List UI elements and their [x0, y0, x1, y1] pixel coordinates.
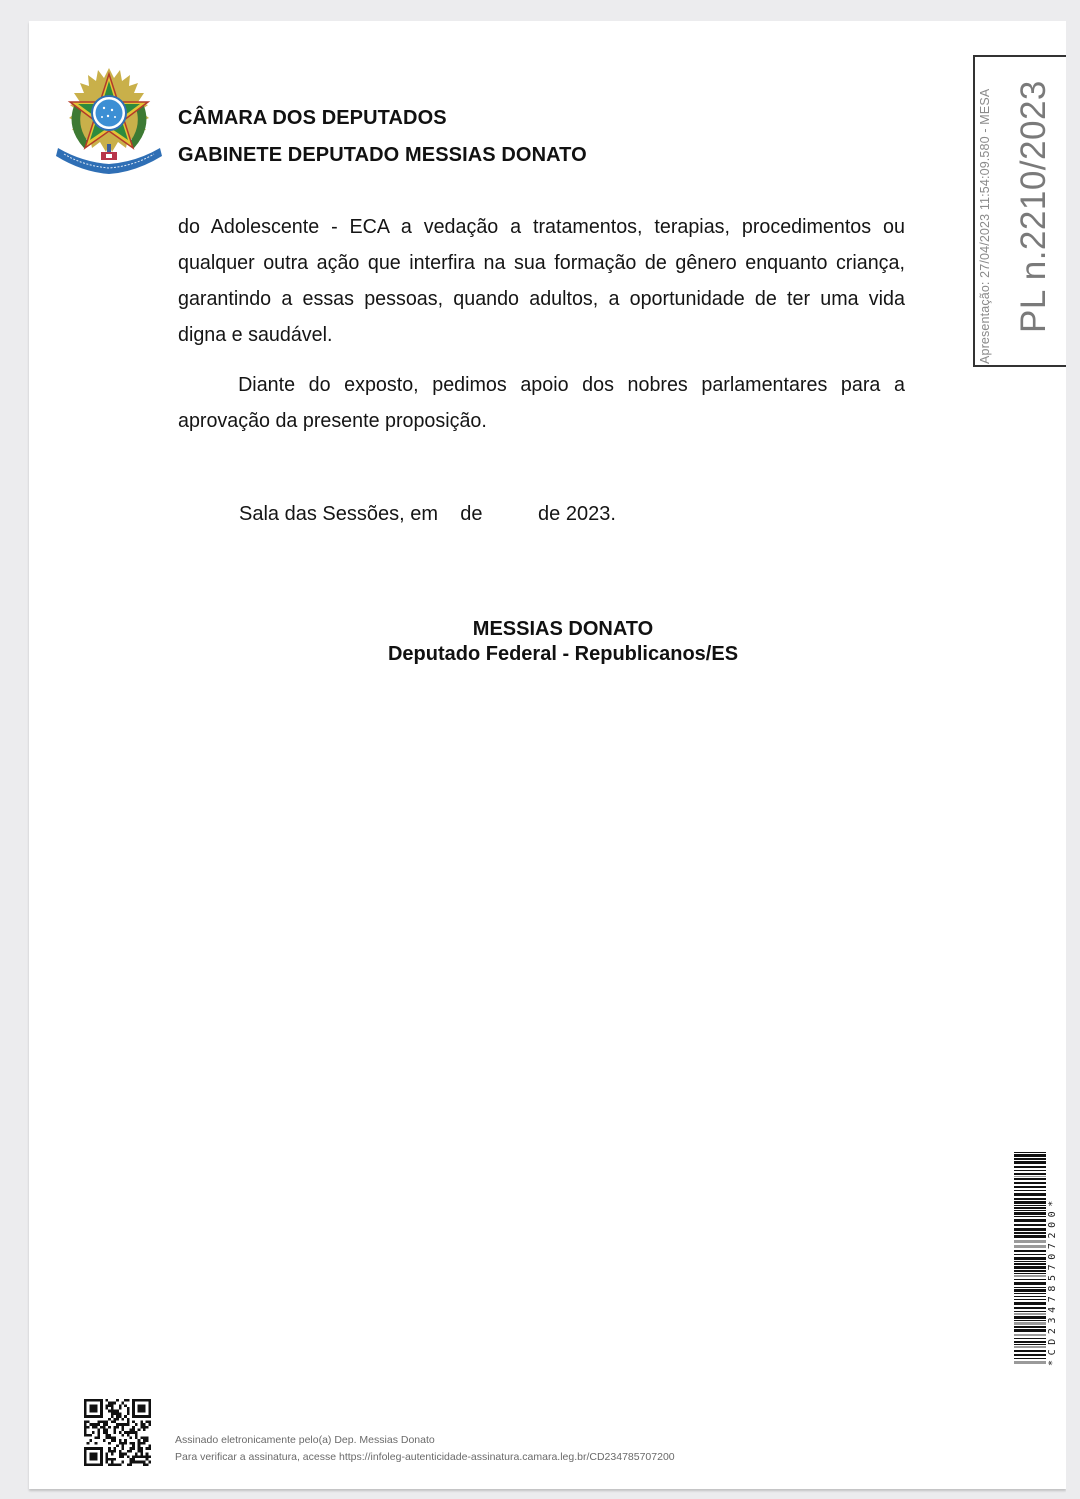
verification-link[interactable]: Para verificar a assinatura, acesse http… — [175, 1451, 675, 1463]
paragraph-line: qualquer outra ação que interfira na sua… — [178, 245, 905, 281]
bill-number: PL n.2210/2023 — [1014, 80, 1054, 333]
paragraph-line: digna e saudável. — [178, 317, 905, 353]
brazil-coat-of-arms-icon — [54, 66, 164, 178]
signed-by-note: Assinado eletronicamente pelo(a) Dep. Me… — [175, 1434, 435, 1446]
viewer-scroll-gutter — [1066, 0, 1080, 1499]
barcode-text: *CD234785707200* — [1047, 1196, 1058, 1366]
paragraph-line: do Adolescente - ECA a vedação a tratame… — [178, 209, 905, 245]
paragraph-line: Diante do exposto, pedimos apoio dos nob… — [178, 367, 905, 403]
place-and-date: Sala das Sessões, em de de 2023. — [239, 503, 616, 526]
paragraph-line: aprovação da presente proposição. — [178, 403, 905, 439]
presentation-timestamp: Apresentação: 27/04/2023 11:54:09.580 - … — [978, 89, 992, 364]
signer-name: MESSIAS DONATO — [340, 617, 786, 642]
justification-paragraph: do Adolescente - ECA a vedação a tratame… — [178, 209, 905, 353]
signature-block: MESSIAS DONATO Deputado Federal - Republ… — [340, 617, 786, 667]
barcode-icon — [1014, 1152, 1046, 1364]
signer-role: Deputado Federal - Republicanos/ES — [340, 642, 786, 667]
office-name: GABINETE DEPUTADO MESSIAS DONATO — [178, 144, 587, 167]
closing-paragraph: Diante do exposto, pedimos apoio dos nob… — [178, 367, 905, 439]
institution-name: CÂMARA DOS DEPUTADOS — [178, 107, 447, 130]
qr-code-icon[interactable] — [84, 1399, 151, 1466]
paragraph-line: garantindo a essas pessoas, quando adult… — [178, 281, 905, 317]
